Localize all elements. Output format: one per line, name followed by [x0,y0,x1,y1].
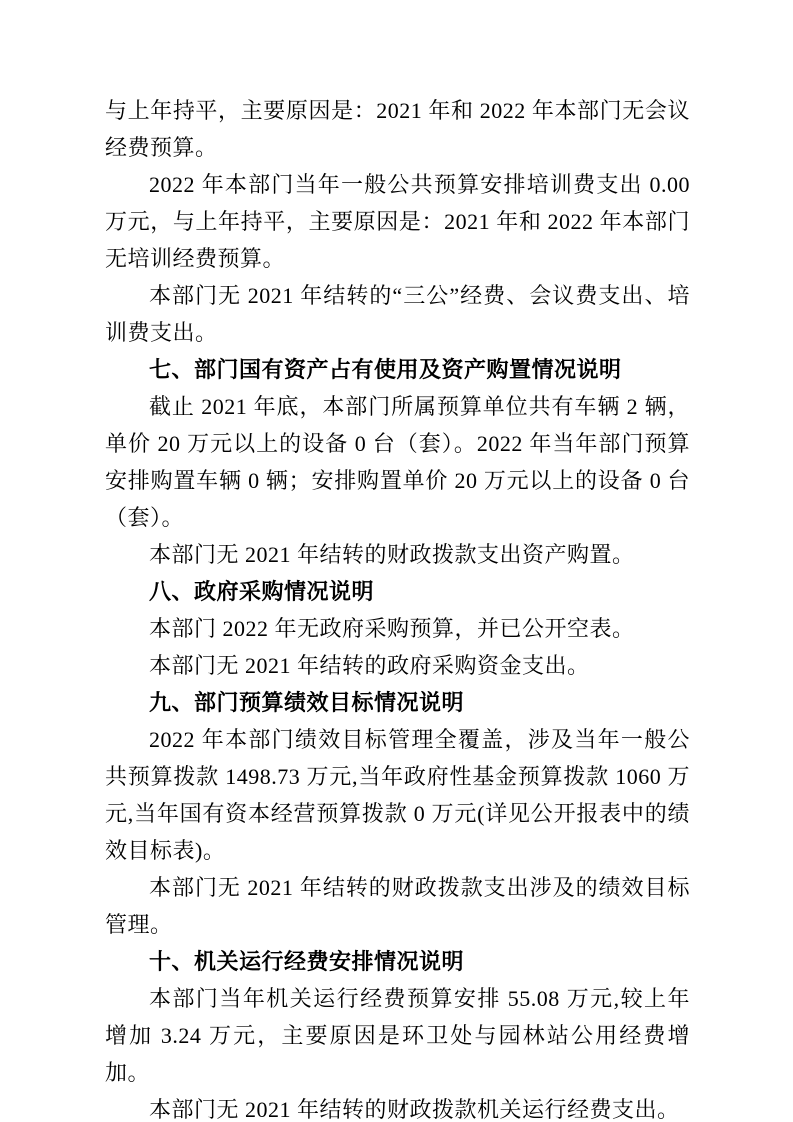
paragraph: 本部门无 2021 年结转的财政拨款机关运行经费支出。 [105,1091,690,1122]
paragraph: 本部门 2022 年无政府采购预算，并已公开空表。 [105,610,690,647]
paragraph: 本部门当年机关运行经费预算安排 55.08 万元,较上年增加 3.24 万元，主… [105,980,690,1091]
paragraph: 与上年持平，主要原因是：2021 年和 2022 年本部门无会议经费预算。 [105,92,690,166]
section-heading-10: 十、机关运行经费安排情况说明 [105,943,690,980]
paragraph: 2022 年本部门当年一般公共预算安排培训费支出 0.00 万元，与上年持平，主… [105,166,690,277]
paragraph: 本部门无 2021 年结转的财政拨款支出涉及的绩效目标管理。 [105,869,690,943]
document-page: 与上年持平，主要原因是：2021 年和 2022 年本部门无会议经费预算。 20… [0,0,793,1122]
section-heading-7: 七、部门国有资产占有使用及资产购置情况说明 [105,351,690,388]
document-body: 与上年持平，主要原因是：2021 年和 2022 年本部门无会议经费预算。 20… [105,92,690,1122]
paragraph: 本部门无 2021 年结转的“三公”经费、会议费支出、培训费支出。 [105,277,690,351]
paragraph: 本部门无 2021 年结转的财政拨款支出资产购置。 [105,536,690,573]
paragraph: 本部门无 2021 年结转的政府采购资金支出。 [105,647,690,684]
paragraph: 2022 年本部门绩效目标管理全覆盖，涉及当年一般公共预算拨款 1498.73 … [105,721,690,869]
section-heading-8: 八、政府采购情况说明 [105,573,690,610]
paragraph: 截止 2021 年底，本部门所属预算单位共有车辆 2 辆，单价 20 万元以上的… [105,388,690,536]
section-heading-9: 九、部门预算绩效目标情况说明 [105,684,690,721]
